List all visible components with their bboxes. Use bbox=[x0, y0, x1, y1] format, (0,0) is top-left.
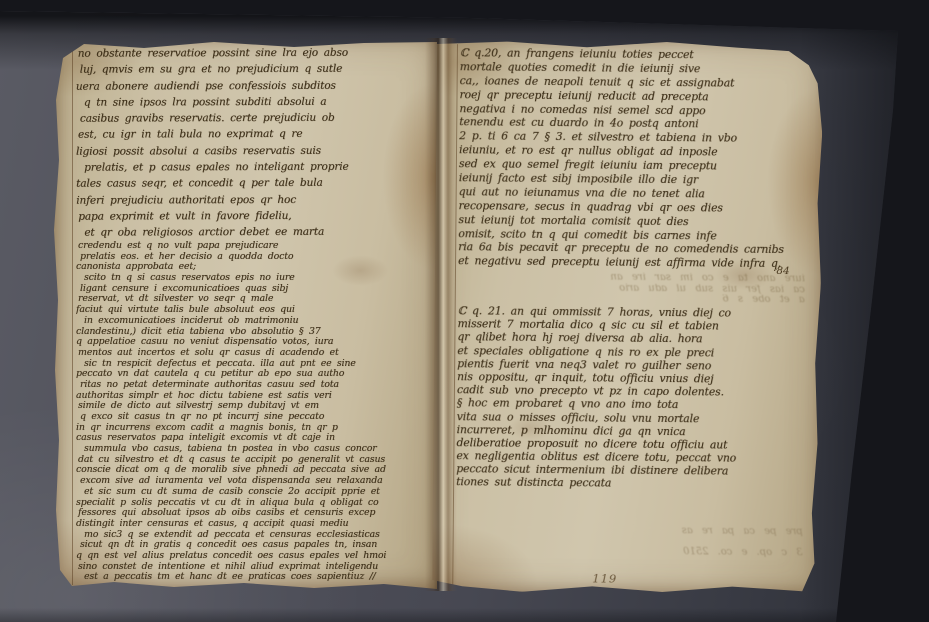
manuscript-text-line: clandestinu,) dicit etia tabiena vbo abs… bbox=[76, 327, 434, 338]
manuscript-text-line: authoritas simplr et hoc dictu tabiene e… bbox=[76, 391, 434, 402]
manuscript-text-line: q tn sine ipsos lra possint subditi abso… bbox=[76, 93, 434, 111]
manuscript-text-line: sino constet de intentione et nihil aliu… bbox=[76, 562, 434, 573]
manuscript-text-line: in qr incurrens excom cadit a magnis bon… bbox=[76, 423, 434, 434]
manuscript-text-line: q qn est vel alius prelatus concedit oes… bbox=[76, 551, 434, 562]
manuscript-text-line: conscie dicat om q de moralib sive phned… bbox=[76, 465, 434, 476]
manuscript-text-line: sicut qn dt in gratis q concedit oes cas… bbox=[76, 540, 434, 551]
manuscript-text-line: prelatis eos. et her decisio a quodda do… bbox=[76, 252, 434, 263]
manuscript-text-line: prelatis, et p casus epales no inteligan… bbox=[76, 158, 434, 176]
manuscript-text-line: simile de dicto aut silvestrj semp dubit… bbox=[76, 401, 434, 412]
manuscript-text-line: est a peccatis tm et hanc dt ee praticas… bbox=[76, 572, 434, 583]
manuscript-text-line: papa exprimit et vult in favore fideliu, bbox=[76, 207, 434, 225]
manuscript-text-line: in excomunicatioes inciderut ob matrimon… bbox=[76, 316, 434, 327]
manuscript-text-line: q appelatioe casuu no veniut dispensatio… bbox=[76, 337, 434, 348]
manuscript-text-line: credendu est q no vult papa prejudicare bbox=[76, 241, 434, 252]
manuscript-text-line: et qr oba religiosos arctior debet ee ma… bbox=[76, 224, 434, 242]
manuscript-text-line: distingit inter censuras et casus, q acc… bbox=[76, 519, 434, 530]
manuscript-text-line: canonista approbata eet; bbox=[76, 262, 434, 273]
left-page-text-upper: no obstante reservatioe possint sine lra… bbox=[76, 44, 435, 241]
manuscript-text-line: tales casus seqr, et concedit q per tale… bbox=[76, 175, 434, 193]
manuscript-text-line: casus reservatos papa inteligit excomis … bbox=[76, 433, 434, 444]
manuscript-text-line: et negativu sed preceptu ieiunij est aff… bbox=[458, 255, 810, 272]
manuscript-text-line: est, cu igr in tali bula no exprimat q r… bbox=[76, 126, 434, 144]
right-page-paragraph-q20: ℂ q.20, an frangens ieiuniu toties pecce… bbox=[458, 46, 812, 271]
manuscript-text-line: faciut qui virtute talis bule absoluut e… bbox=[76, 305, 434, 316]
manuscript-text-line: uera abonere audiendi pse confessiois su… bbox=[76, 77, 434, 95]
manuscript-text-line: mentos aut incertos et solu qr casus di … bbox=[76, 348, 434, 359]
manuscript-text-line: tiones sut distincta peccata bbox=[456, 476, 808, 492]
manuscript-text-line: peccato vn dat cautela q cu petitur ab e… bbox=[76, 369, 434, 380]
ghost-text-line: pre pe ca pa re as bbox=[463, 518, 803, 542]
folio-page-number: 119 bbox=[592, 571, 617, 585]
manuscript-text-line: ligant censure i excomunicatioes quas si… bbox=[76, 284, 434, 295]
manuscript-text-line: fessores qui absoluat ipsos ab oibs casi… bbox=[76, 508, 434, 519]
manuscript-text-line: casibus gravibs reservatis. certe prejud… bbox=[76, 110, 434, 128]
manuscript-photograph: no obstante reservatioe possint sine lra… bbox=[0, 0, 929, 622]
ink-showthrough-upper: iure ano ta e co im sar ire anca ias fer… bbox=[465, 271, 805, 305]
manuscript-text-line: ritas no petat determinate authoritas ca… bbox=[76, 380, 434, 391]
manuscript-text-line: q exco sit casus tn qr no pt incurrj sin… bbox=[76, 412, 434, 423]
manuscript-text-line: dat cu silvestro et dt q casus te accipi… bbox=[76, 455, 434, 466]
ghost-text-line: a et obe s 6 bbox=[465, 292, 805, 305]
manuscript-text-line: scito tn q si casus reservatos epis no i… bbox=[76, 273, 434, 284]
manuscript-page-left: no obstante reservatioe possint sine lra… bbox=[54, 40, 437, 589]
manuscript-text-line: excom sive ad iuramenta vel vota dispens… bbox=[76, 476, 434, 487]
manuscript-text-line: mo sic3 q se extendit ad peccata et cens… bbox=[76, 530, 434, 541]
manuscript-text-line: summula vbo casus, tabiena tn postea in … bbox=[76, 444, 434, 455]
manuscript-text-line: et sic sum cu dt suma de casib conscie 2… bbox=[76, 487, 434, 498]
ghost-text-line: 3 c op. e co. 2510 bbox=[462, 539, 802, 563]
manuscript-text-line: luj, qmvis em su gra et no prejudicium q… bbox=[76, 61, 434, 79]
manuscript-text-line: reservat, vt dt silvester vo seqr q male bbox=[76, 294, 434, 305]
manuscript-text-line: inferi prejudiciu authoritati epos qr ho… bbox=[76, 191, 434, 209]
book-gutter-fold bbox=[425, 38, 457, 591]
left-page-text-lower: credendu est q no vult papa prejudicarep… bbox=[76, 241, 434, 583]
ink-showthrough-lower: pre pe ca pa re as3 c op. e co. 2510 bbox=[462, 518, 802, 563]
manuscript-text-line: specialit p solis peccatis vt cu dt in a… bbox=[76, 498, 434, 509]
margin-rule-line bbox=[72, 42, 73, 585]
manuscript-text-line: ligiosi possit absolui a casibs reservat… bbox=[76, 142, 434, 160]
right-page-paragraph-q21: ℂ q. 21. an qui ommissit 7 horas, vnius … bbox=[456, 304, 810, 492]
manuscript-page-right: ℂ q.20, an frangens ieiuniu toties pecce… bbox=[432, 40, 823, 596]
manuscript-text-line: sic tn respicit defectus et peccata. ill… bbox=[76, 359, 434, 370]
